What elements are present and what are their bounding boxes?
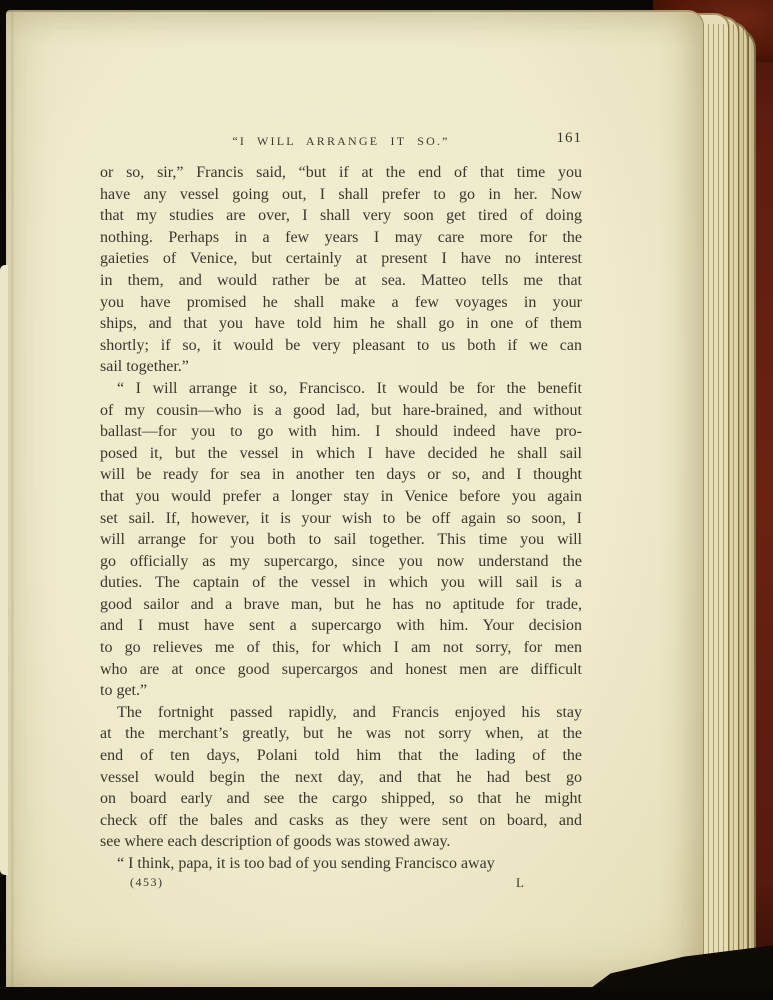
text-line: end of ten days, Polani told him that th…	[100, 745, 582, 767]
text-line: posed it, but the vessel in which I have…	[100, 443, 582, 465]
running-title: “I WILL ARRANGE IT SO.”	[100, 134, 582, 149]
page-left-edge	[0, 265, 8, 875]
text-line: good sailor and a brave man, but he has …	[100, 594, 582, 616]
text-line: set sail. If, however, it is your wish t…	[100, 508, 582, 530]
page-edges-texture	[701, 24, 751, 968]
text-line: ballast—for you to go with him. I should…	[100, 421, 582, 443]
text-line: or so, sir,” Francis said, “but if at th…	[100, 162, 582, 184]
bottom-edge-shadow	[0, 987, 773, 1000]
body-text: or so, sir,” Francis said, “but if at th…	[100, 162, 582, 875]
text-line: that my studies are over, I shall very s…	[100, 205, 582, 227]
text-line: ships, and that you have told him he sha…	[100, 313, 582, 335]
text-block: “I WILL ARRANGE IT SO.” 161 or so, sir,”…	[100, 130, 582, 162]
text-line: have any vessel going out, I shall prefe…	[100, 184, 582, 206]
text-line: nothing. Perhaps in a few years I may ca…	[100, 227, 582, 249]
book-page: “I WILL ARRANGE IT SO.” 161 or so, sir,”…	[6, 10, 704, 989]
text-line: that you would prefer a longer stay in V…	[100, 486, 582, 508]
text-line: The fortnight passed rapidly, and Franci…	[100, 702, 582, 724]
text-line: go officially as my supercargo, since yo…	[100, 551, 582, 573]
text-line: will arrange for you both to sail togeth…	[100, 529, 582, 551]
page-footer: (453) L	[100, 875, 582, 895]
text-line: gaieties of Venice, but certainly at pre…	[100, 248, 582, 270]
text-line: shortly; if so, it would be very pleasan…	[100, 335, 582, 357]
book-photo: “I WILL ARRANGE IT SO.” 161 or so, sir,”…	[0, 0, 773, 1000]
text-line: who are at once good supercargos and hon…	[100, 659, 582, 681]
text-line: “ I think, papa, it is too bad of you se…	[100, 853, 582, 875]
text-line: at the merchant’s greatly, but he was no…	[100, 723, 582, 745]
text-line: to get.”	[100, 680, 582, 702]
text-line: to go relieves me of this, for which I a…	[100, 637, 582, 659]
text-line: will be ready for sea in another ten day…	[100, 464, 582, 486]
text-line: see where each description of goods was …	[100, 831, 582, 853]
text-line: vessel would begin the next day, and tha…	[100, 767, 582, 789]
text-line: on board early and see the cargo shipped…	[100, 788, 582, 810]
page-number: 161	[557, 130, 583, 147]
page-header: “I WILL ARRANGE IT SO.” 161	[100, 130, 582, 162]
signature-mark: (453)	[130, 875, 164, 890]
text-line: and I must have sent a supercargo with h…	[100, 615, 582, 637]
text-line: of my cousin—who is a good lad, but hare…	[100, 400, 582, 422]
text-line: you have promised he shall make a few vo…	[100, 292, 582, 314]
text-line: in them, and would rather be at sea. Mat…	[100, 270, 582, 292]
gathering-letter: L	[516, 875, 525, 891]
text-line: “ I will arrange it so, Francisco. It wo…	[100, 378, 582, 400]
text-line: sail together.”	[100, 356, 582, 378]
text-line: check off the bales and casks as they we…	[100, 810, 582, 832]
text-line: duties. The captain of the vessel in whi…	[100, 572, 582, 594]
